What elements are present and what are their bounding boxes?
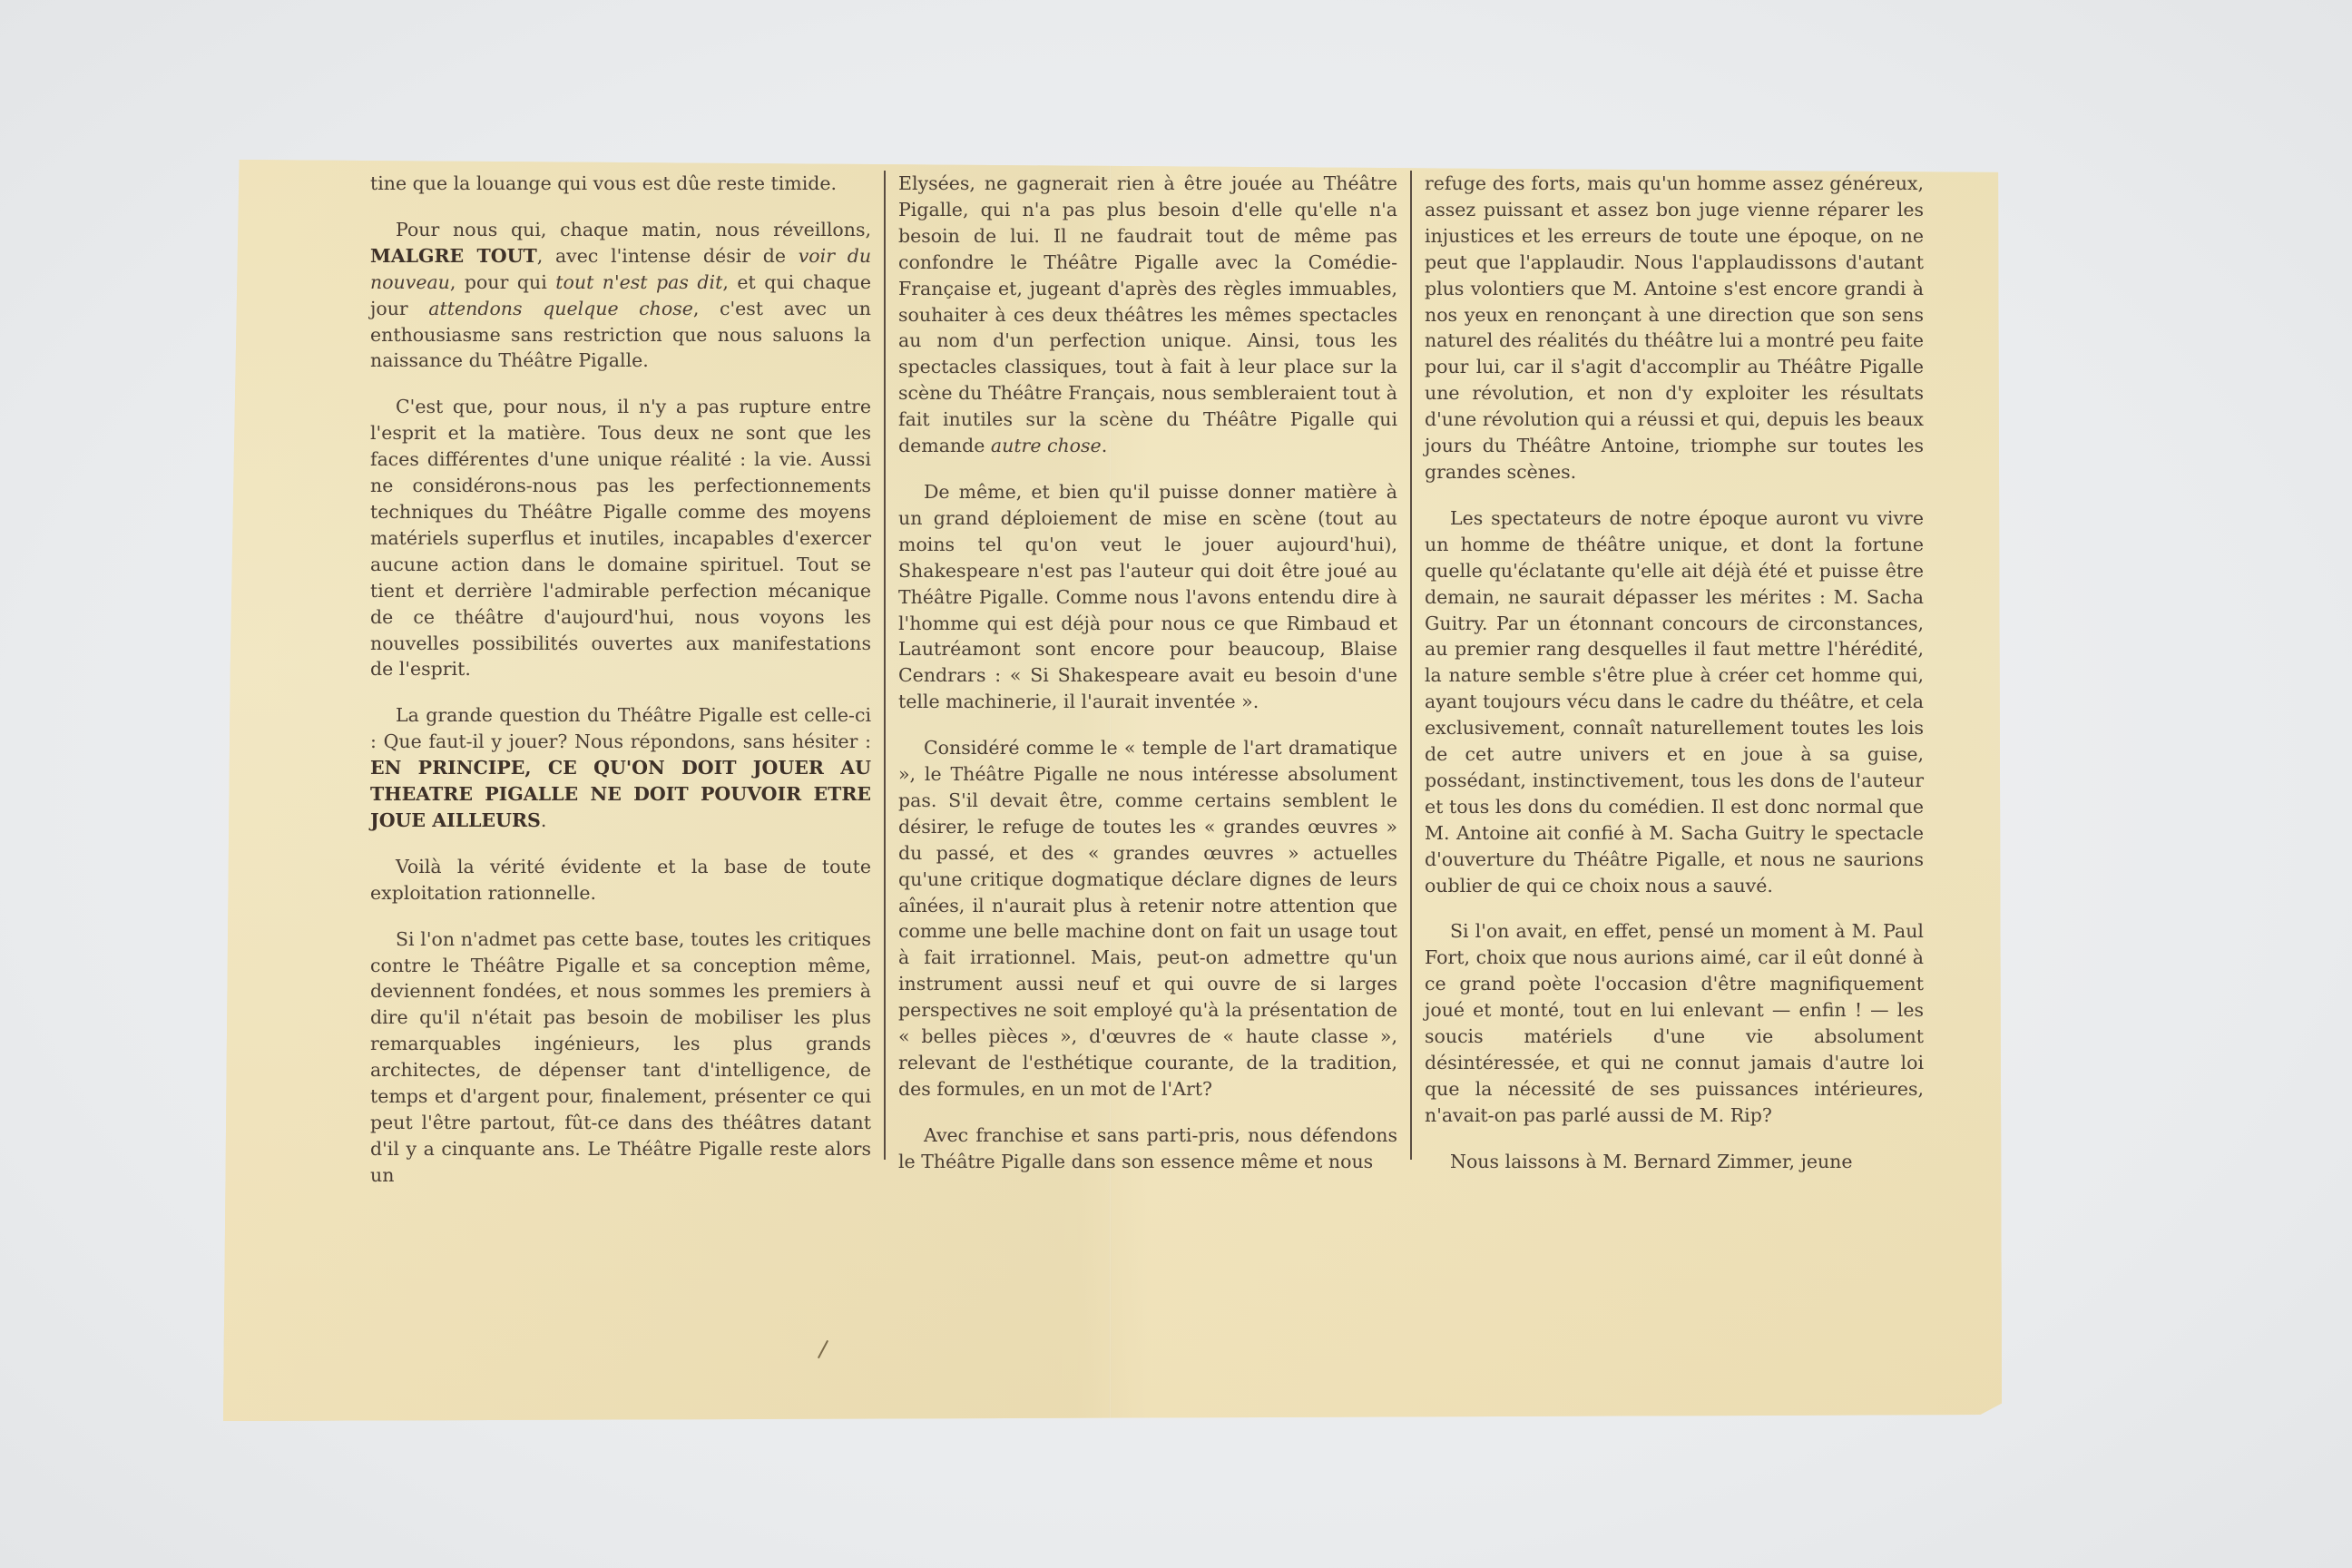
paragraph: Considéré comme le « temple de l'art dra… xyxy=(898,735,1397,1102)
column-left: tine que la louange qui vous est dûe res… xyxy=(358,171,884,1160)
paragraph: refuge des forts, mais qu'un homme assez… xyxy=(1425,171,1924,485)
paragraph: La grande question du Théâtre Pigalle es… xyxy=(370,702,871,834)
italic-text-run: autre chose xyxy=(991,435,1102,456)
paragraph: Les spectateurs de notre époque auront v… xyxy=(1425,505,1924,899)
text-run: Pour nous qui, chaque matin, nous réveil… xyxy=(396,219,871,240)
text-run: Elysées, ne gagnerait rien à être jouée … xyxy=(898,172,1397,456)
paragraph: Avec franchise et sans parti-pris, nous … xyxy=(898,1122,1397,1175)
text-run: , pour qui xyxy=(450,271,555,293)
paper-mark xyxy=(818,1340,828,1358)
paragraph: tine que la louange qui vous est dûe res… xyxy=(370,171,871,197)
paragraph: Pour nous qui, chaque matin, nous réveil… xyxy=(370,217,871,374)
paragraph: Nous laissons à M. Bernard Zimmer, jeune xyxy=(1425,1149,1924,1175)
italic-text-run: attendons quelque chose xyxy=(428,298,693,319)
paragraph: Si l'on n'admet pas cette base, toutes l… xyxy=(370,926,871,1189)
text-run: . xyxy=(1102,435,1108,456)
paragraph: Voilà la vérité évidente et la base de t… xyxy=(370,854,871,906)
text-columns: tine que la louange qui vous est dûe res… xyxy=(358,171,1973,1160)
caps-text-run: MALGRE TOUT xyxy=(370,245,537,267)
italic-text-run: tout n'est pas dit xyxy=(555,271,722,293)
paragraph: De même, et bien qu'il puisse donner mat… xyxy=(898,479,1397,715)
paragraph: C'est que, pour nous, il n'y a pas ruptu… xyxy=(370,394,871,682)
text-run: . xyxy=(541,809,547,831)
paragraph: Si l'on avait, en effet, pensé un moment… xyxy=(1425,918,1924,1128)
newspaper-clipping: tine que la louange qui vous est dûe res… xyxy=(223,160,2002,1421)
text-run: La grande question du Théâtre Pigalle es… xyxy=(370,704,871,752)
column-right: refuge des forts, mais qu'un homme assez… xyxy=(1410,171,1936,1160)
text-run: , avec l'intense désir de xyxy=(537,245,799,267)
caps-text-run: EN PRINCIPE, CE QU'ON DOIT JOUER AU THEA… xyxy=(370,757,871,831)
column-middle: Elysées, ne gagnerait rien à être jouée … xyxy=(884,171,1410,1160)
paragraph: Elysées, ne gagnerait rien à être jouée … xyxy=(898,171,1397,459)
